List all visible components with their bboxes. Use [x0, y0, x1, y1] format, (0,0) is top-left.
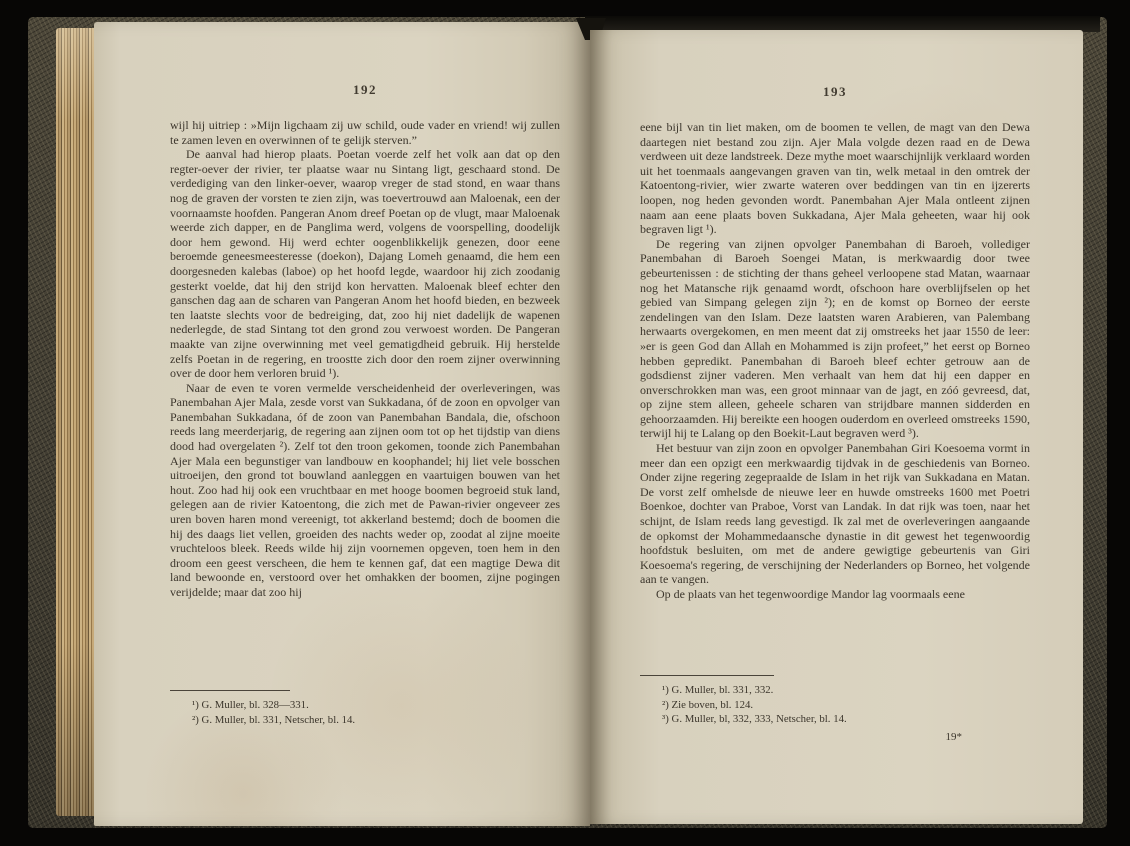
paragraph: De aanval had hierop plaats. Poetan voer… — [170, 147, 560, 381]
paragraph: Het bestuur van zijn zoon en opvolger Pa… — [640, 441, 1030, 587]
footnote: ²) Zie boven, bl. 124. — [640, 698, 1030, 713]
footnote-rule — [170, 690, 290, 691]
footnote: ³) G. Muller, bl, 332, 333, Netscher, bl… — [640, 712, 1030, 727]
book-photo: 192 wijl hij uitriep : »Mijn ligchaam zi… — [0, 0, 1130, 846]
left-page: 192 wijl hij uitriep : »Mijn ligchaam zi… — [94, 22, 590, 826]
right-page-text-column: eene bijl van tin liet maken, om de boom… — [640, 120, 1030, 672]
page-fore-edges — [56, 28, 98, 816]
right-page: 193 eene bijl van tin liet maken, om de … — [590, 30, 1083, 824]
page-number-left: 192 — [170, 82, 560, 98]
paragraph: eene bijl van tin liet maken, om de boom… — [640, 120, 1030, 237]
footnote: ¹) G. Muller, bl. 328—331. — [170, 698, 560, 713]
left-page-text-column: wijl hij uitriep : »Mijn ligchaam zij uw… — [170, 118, 560, 684]
paragraph: De regering van zijnen opvolger Panembah… — [640, 237, 1030, 441]
footnote: ²) G. Muller, bl. 331, Netscher, bl. 14. — [170, 713, 560, 728]
paragraph: Naar de even te voren vermelde verscheid… — [170, 381, 560, 600]
right-page-footnotes: ¹) G. Muller, bl. 331, 332.²) Zie boven,… — [640, 675, 1030, 743]
paragraph: wijl hij uitriep : »Mijn ligchaam zij uw… — [170, 118, 560, 147]
footnote-rule — [640, 675, 774, 676]
page-number-right: 193 — [640, 84, 1030, 100]
footnote: ¹) G. Muller, bl. 331, 332. — [640, 683, 1030, 698]
signature-mark: 19* — [640, 731, 1030, 743]
paragraph: Op de plaats van het tegenwoordige Mando… — [640, 587, 1030, 602]
left-page-footnotes: ¹) G. Muller, bl. 328—331.²) G. Muller, … — [170, 690, 560, 727]
